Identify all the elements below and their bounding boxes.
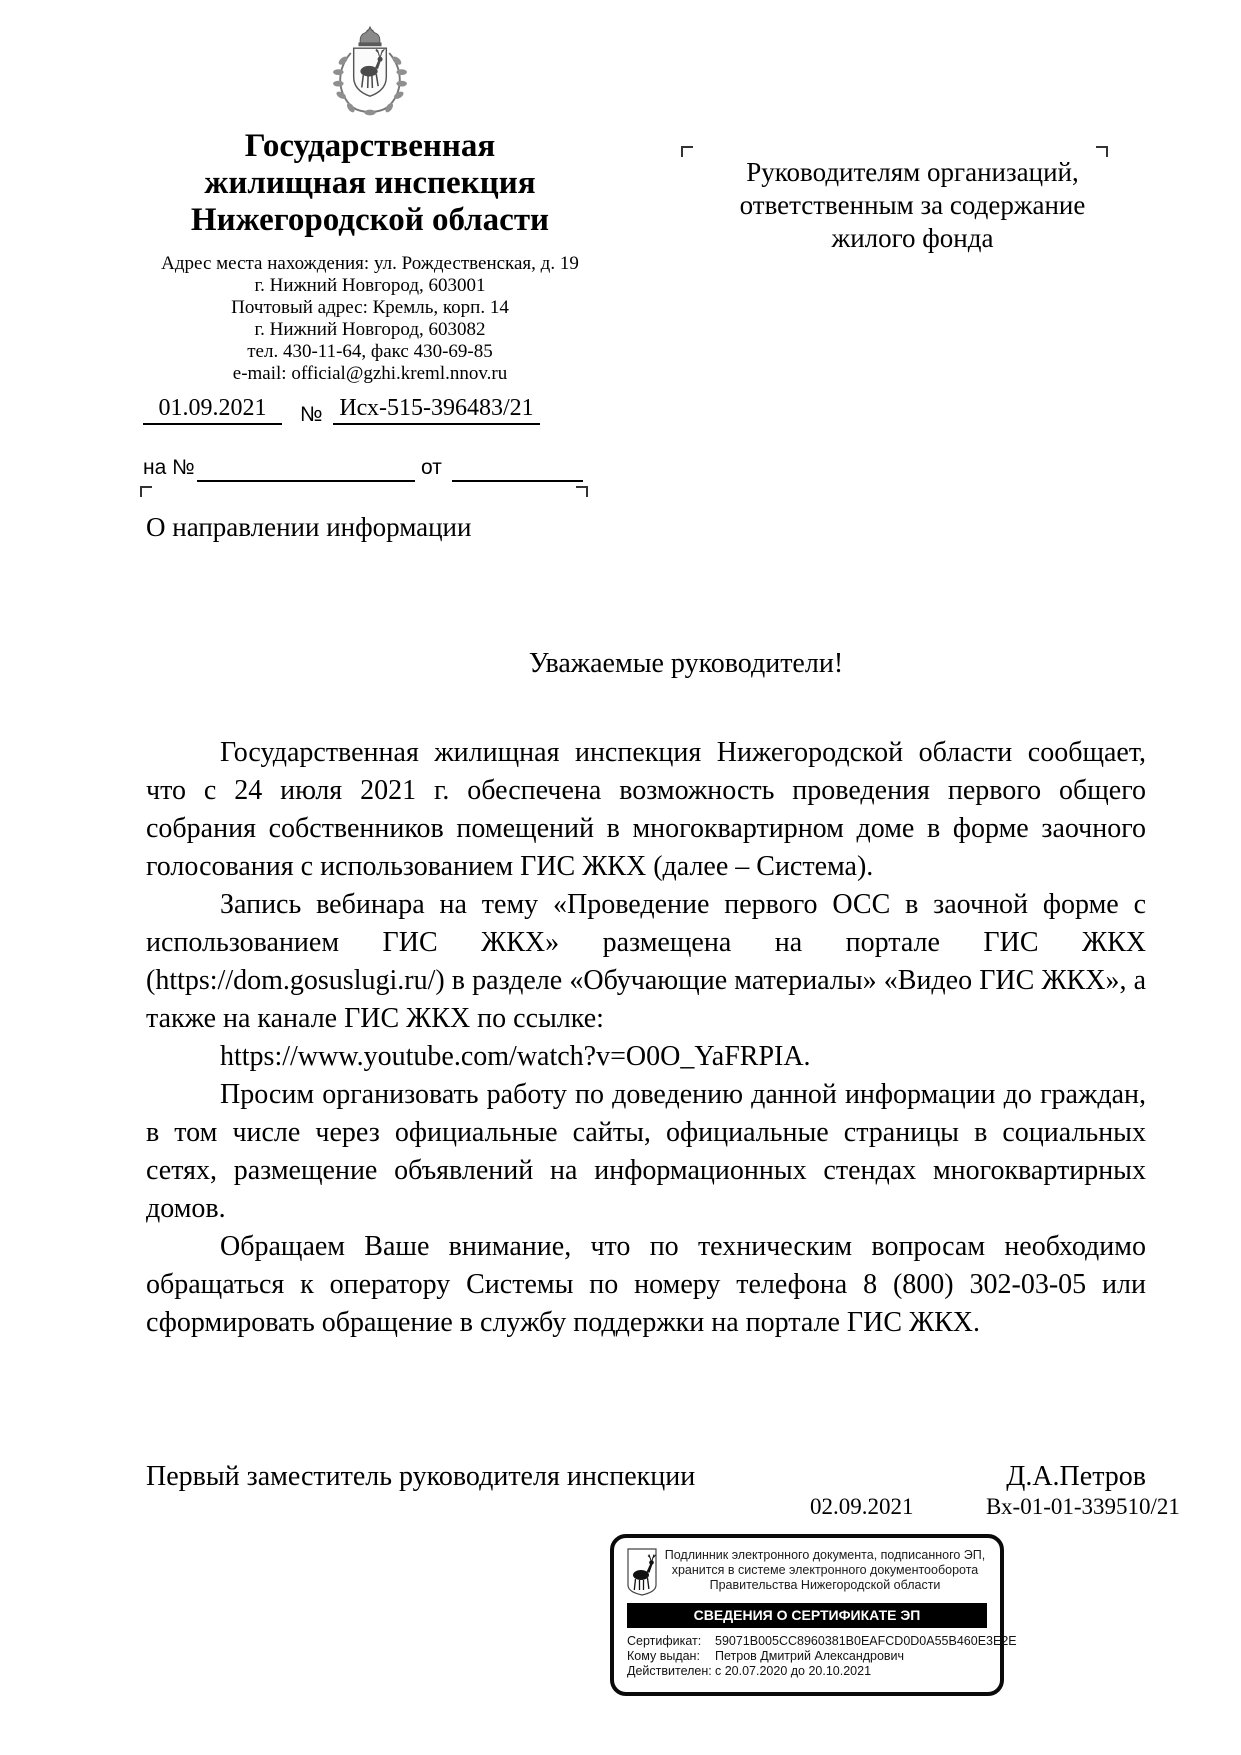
registration-number: Вх-01-01-339510/21	[986, 1494, 1180, 1520]
regional-coat-of-arms-icon	[322, 26, 418, 126]
stamp-header-line: хранится в системе электронного документ…	[663, 1563, 987, 1578]
address-line: г. Нижний Новгород, 603082	[130, 319, 610, 341]
subject-corner-right	[576, 486, 588, 497]
body-paragraph: Запись вебинара на тему «Проведение перв…	[146, 886, 1146, 1038]
recipient-line: Руководителям организаций,	[660, 156, 1165, 189]
reply-date-blank	[452, 454, 583, 482]
subject-line: О направлении информации	[146, 512, 471, 543]
org-name-line: Государственная	[130, 128, 610, 165]
number-sign-label: №	[300, 403, 323, 427]
certificate-label: Кому выдан:	[627, 1649, 715, 1664]
greeting: Уважаемые руководители!	[146, 648, 1146, 680]
body-paragraph-youtube-link: https://www.youtube.com/watch?v=O0O_YaFR…	[146, 1038, 1146, 1076]
signature-row: Первый заместитель руководителя инспекци…	[146, 1461, 1146, 1493]
address-line: Адрес места нахождения: ул. Рождественск…	[130, 253, 610, 275]
address-line: Почтовый адрес: Кремль, корп. 14	[130, 297, 610, 319]
address-line: г. Нижний Новгород, 603001	[130, 275, 610, 297]
letter-date-field: 01.09.2021	[143, 395, 282, 425]
certificate-value: 59071B005CC8960381B0EAFCD0D0A55B460E3E2E	[715, 1634, 1017, 1649]
stamp-header-line: Подлинник электронного документа, подпис…	[663, 1548, 987, 1563]
certificate-info-bar: СВЕДЕНИЯ О СЕРТИФИКАТЕ ЭП	[627, 1603, 987, 1628]
recipient-line: ответственным за содержание	[660, 189, 1165, 222]
subject-corner-left	[140, 486, 152, 497]
org-name-line: Нижегородской области	[130, 202, 610, 239]
signer-position: Первый заместитель руководителя инспекци…	[146, 1461, 695, 1493]
letter-page: Государственная жилищная инспекция Нижег…	[0, 0, 1241, 1755]
stamp-header-line: Правительства Нижегородской области	[663, 1578, 987, 1593]
recipient-block: Руководителям организаций, ответственным…	[660, 156, 1165, 255]
stamp-header: Подлинник электронного документа, подпис…	[657, 1548, 987, 1593]
body-paragraph: Обращаем Ваше внимание, что по техническ…	[146, 1228, 1146, 1342]
certificate-value: с 20.07.2020 до 20.10.2021	[715, 1664, 871, 1679]
signer-name: Д.А.Петров	[1006, 1461, 1146, 1493]
body-paragraph: Государственная жилищная инспекция Нижег…	[146, 734, 1146, 886]
city-coat-of-arms-icon	[627, 1548, 657, 1596]
certificate-details: Сертификат: 59071B005CC8960381B0EAFCD0D0…	[627, 1634, 987, 1679]
certificate-label: Сертификат:	[627, 1634, 715, 1649]
certificate-row: Кому выдан: Петров Дмитрий Александрович	[627, 1649, 987, 1664]
certificate-row: Сертификат: 59071B005CC8960381B0EAFCD0D0…	[627, 1634, 987, 1649]
body-paragraph: Просим организовать работу по доведению …	[146, 1076, 1146, 1228]
esignature-stamp: Подлинник электронного документа, подпис…	[610, 1534, 1004, 1696]
outgoing-number-field: Исх-515-396483/21	[333, 395, 540, 425]
org-name-line: жилищная инспекция	[130, 165, 610, 202]
registration-date: 02.09.2021	[810, 1494, 914, 1520]
letter-body: Государственная жилищная инспекция Нижег…	[146, 734, 1146, 1342]
org-address: Адрес места нахождения: ул. Рождественск…	[130, 253, 610, 385]
reply-to-label: на №	[143, 456, 195, 480]
reply-from-label: от	[421, 456, 442, 480]
certificate-row: Действителен: с 20.07.2020 до 20.10.2021	[627, 1664, 987, 1679]
certificate-value: Петров Дмитрий Александрович	[715, 1649, 904, 1664]
address-line: e-mail: official@gzhi.kreml.nnov.ru	[130, 363, 610, 385]
reply-number-blank	[197, 454, 415, 482]
recipient-line: жилого фонда	[660, 222, 1165, 255]
address-line: тел. 430-11-64, факс 430-69-85	[130, 341, 610, 363]
org-name: Государственная жилищная инспекция Нижег…	[130, 128, 610, 239]
certificate-label: Действителен:	[627, 1664, 715, 1679]
